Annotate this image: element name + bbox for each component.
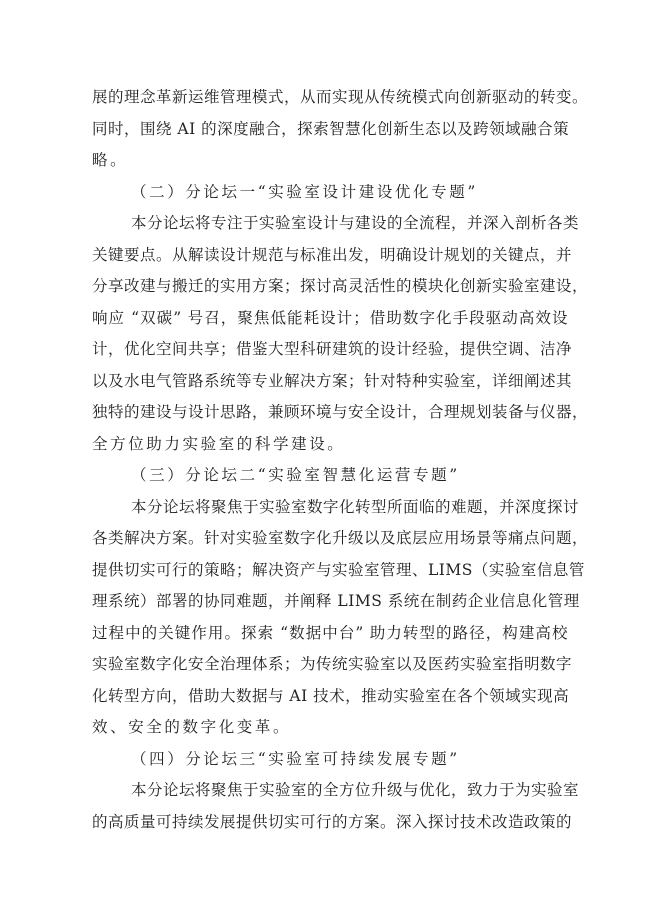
paragraph-line: 实验室数字化安全治理体系；为传统实验室以及医药实验室指明数字 [92,649,568,681]
paragraph-line: 计，优化空间共享；借鉴大型科研建筑的设计经验，提供空调、洁净 [92,334,568,366]
paragraph-line: 效、安全的数字化变革。 [92,712,568,744]
section-heading-forum-three: （四）分论坛三“实验室可持续发展专题” [92,744,568,776]
paragraph-line: 理系统）部署的协同难题，并阐释 LIMS 系统在制药企业信息化管理 [92,586,568,618]
paragraph-line: 展的理念革新运维管理模式，从而实现从传统模式向创新驱动的转变。 [92,82,568,114]
paragraph-line: 关键要点。从解读设计规范与标准出发，明确设计规划的关键点，并 [92,240,568,272]
paragraph-line: 本分论坛将专注于实验室设计与建设的全流程，并深入剖析各类 [92,208,568,240]
paragraph-line: 本分论坛将聚焦于实验室数字化转型所面临的难题，并深度探讨 [92,492,568,524]
paragraph-line: 提供切实可行的策略；解决资产与实验室管理、LIMS（实验室信息管 [92,555,568,587]
section-heading-forum-one: （二）分论坛一“实验室设计建设优化专题” [92,177,568,209]
paragraph-line: 分享改建与搬迁的实用方案；探讨高灵活性的模块化创新实验室建设， [92,271,568,303]
paragraph-line: 以及水电气管路系统等专业解决方案；针对特种实验室，详细阐述其 [92,366,568,398]
paragraph-line: 略。 [92,145,568,177]
paragraph-line: 化转型方向，借助大数据与 AI 技术，推动实验室在各个领域实现高 [92,681,568,713]
paragraph-line: 各类解决方案。针对实验室数字化升级以及底层应用场景等痛点问题， [92,523,568,555]
paragraph-line: 全方位助力实验室的科学建设。 [92,429,568,461]
paragraph-line: 过程中的关键作用。探索 “数据中台” 助力转型的路径，构建高校 [92,618,568,650]
paragraph-line: 响应 “双碳” 号召，聚焦低能耗设计；借助数字化手段驱动高效设 [92,303,568,335]
document-body: 展的理念革新运维管理模式，从而实现从传统模式向创新驱动的转变。 同时，围绕 AI… [92,82,568,838]
document-page: 展的理念革新运维管理模式，从而实现从传统模式向创新驱动的转变。 同时，围绕 AI… [0,0,658,914]
paragraph-line: 本分论坛将聚焦于实验室的全方位升级与优化，致力于为实验室 [92,775,568,807]
paragraph-line: 同时，围绕 AI 的深度融合，探索智慧化创新生态以及跨领域融合策 [92,114,568,146]
paragraph-line: 的高质量可持续发展提供切实可行的方案。深入探讨技术改造政策的 [92,807,568,839]
section-heading-forum-two: （三）分论坛二“实验室智慧化运营专题” [92,460,568,492]
paragraph-line: 独特的建设与设计思路，兼顾环境与安全设计，合理规划装备与仪器， [92,397,568,429]
